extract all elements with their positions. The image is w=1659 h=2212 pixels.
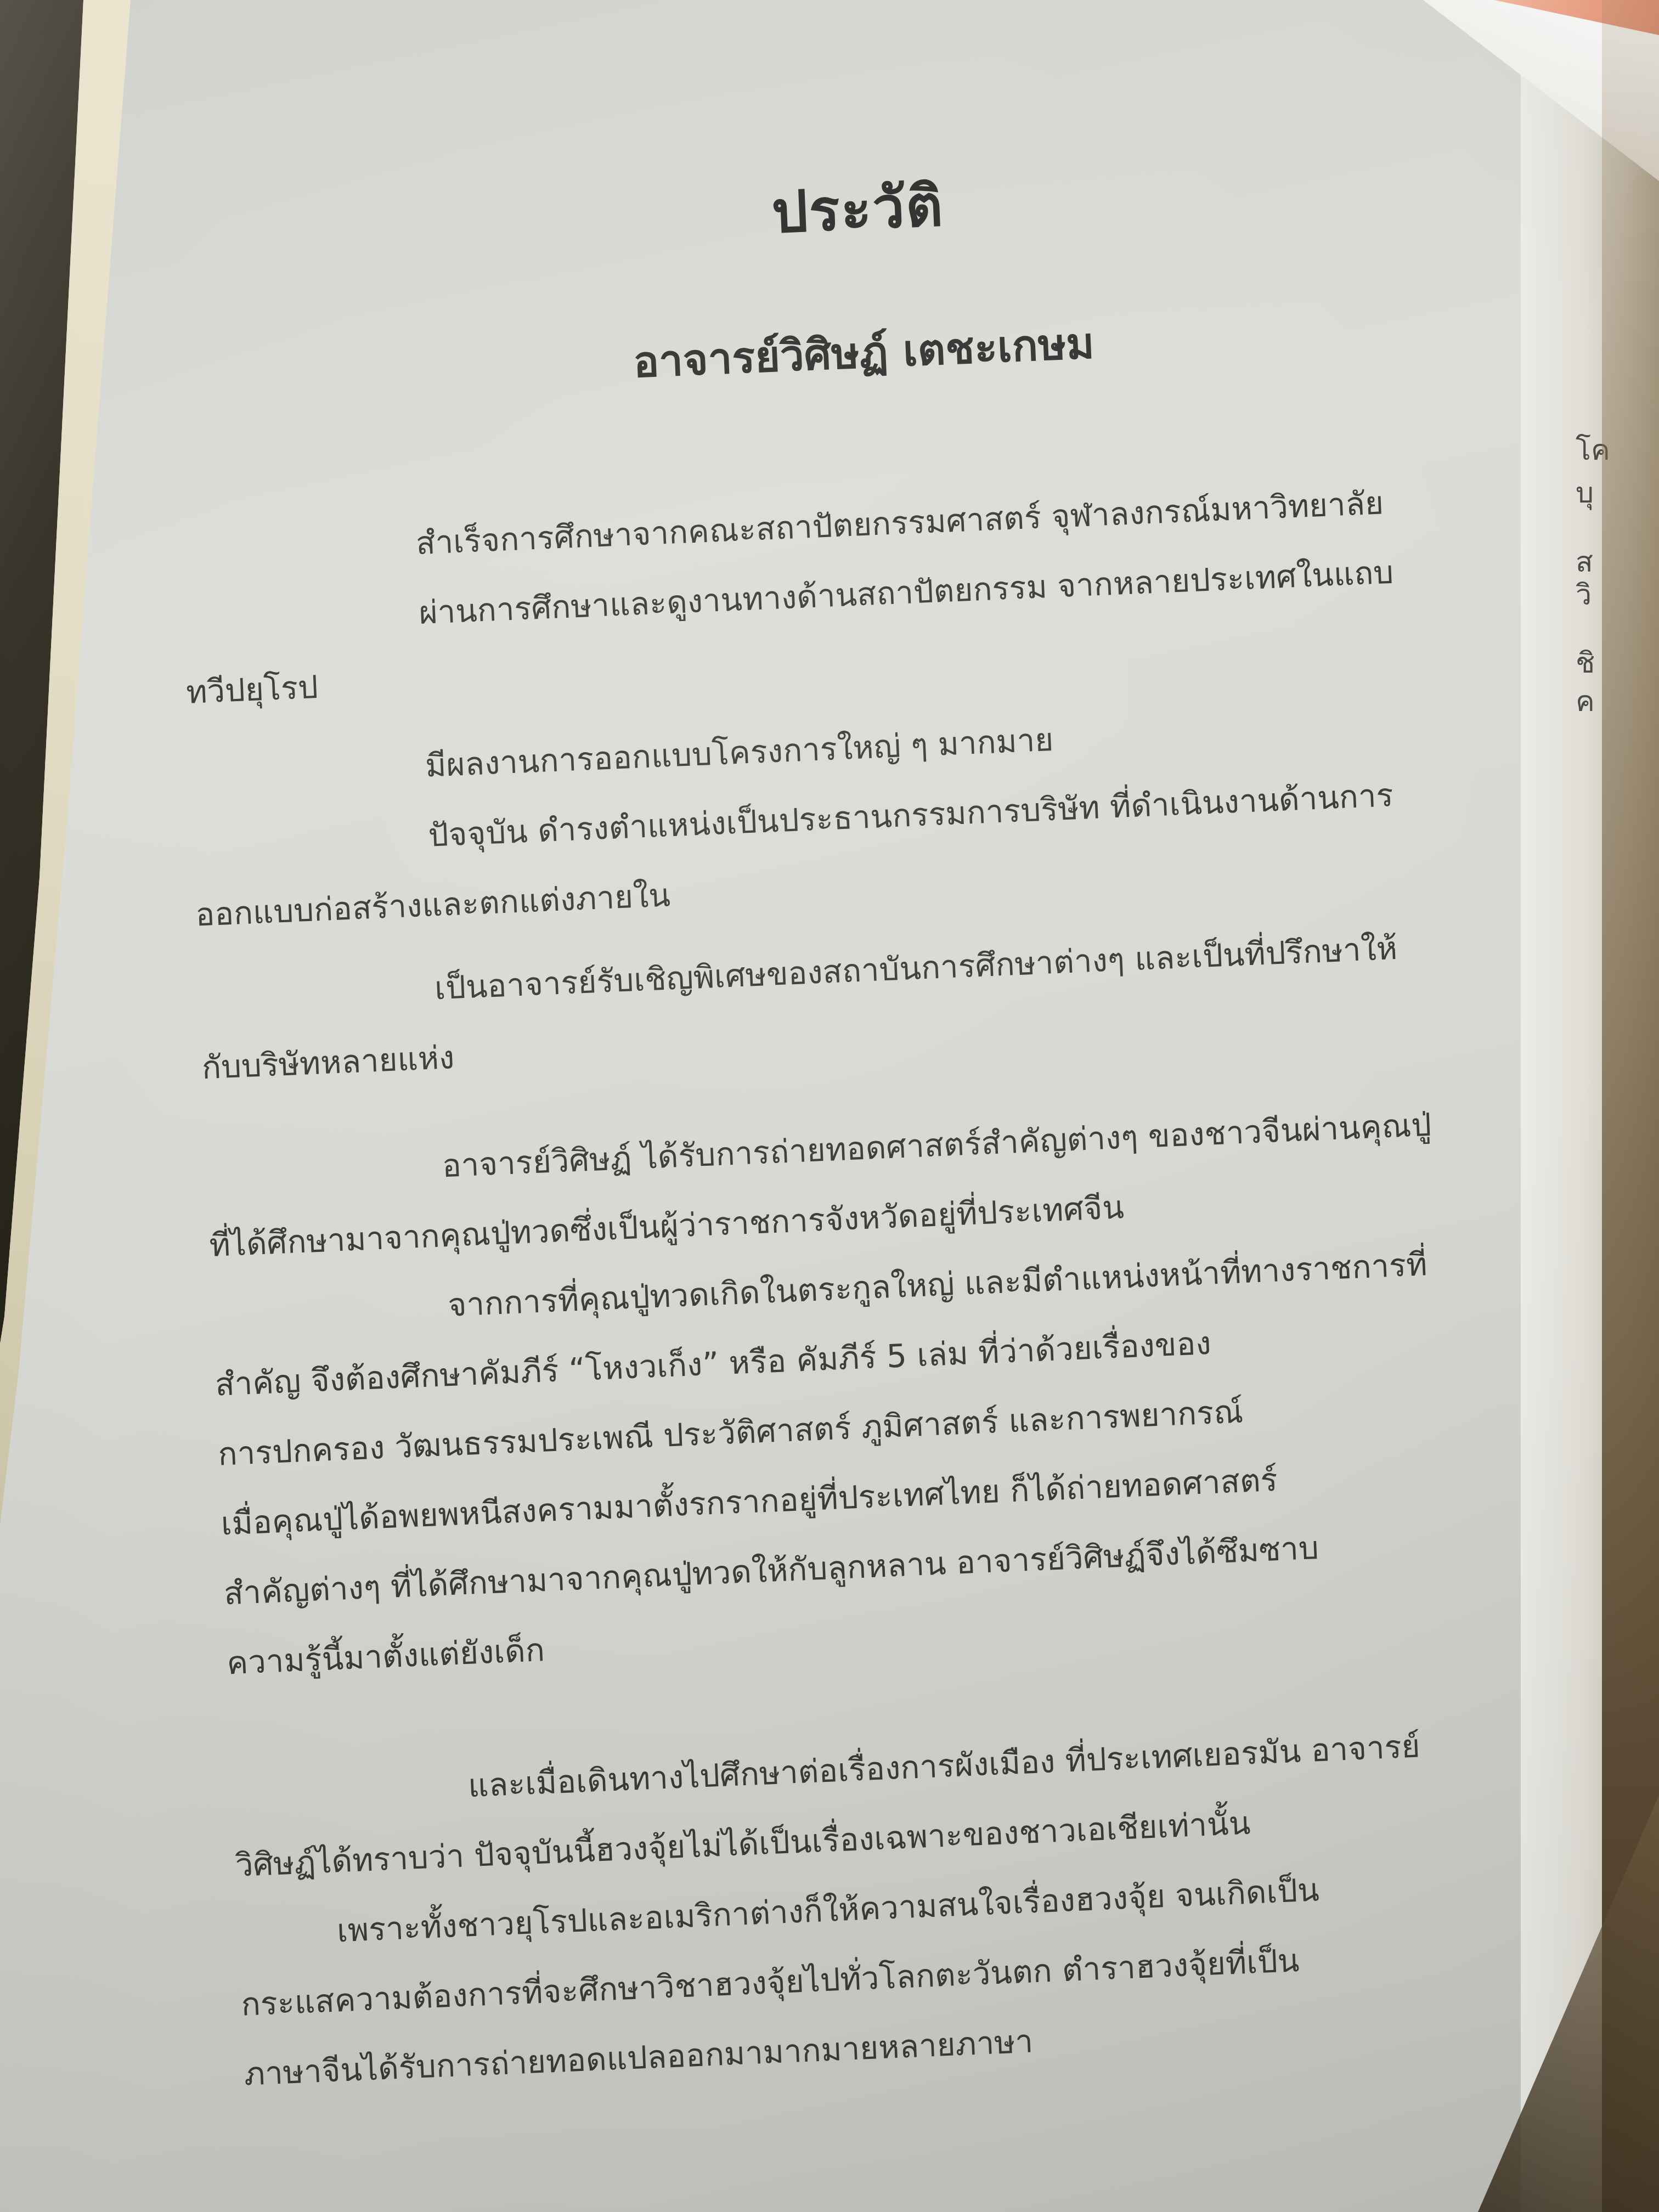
- page-title: ประวัติ: [165, 134, 1550, 283]
- facing-page-text-fragment: ค: [1576, 678, 1595, 724]
- book-page: ประวัติ อาจารย์วิศิษฏ์ เตชะเกษม สำเร็จกา…: [165, 134, 1627, 2109]
- page-subtitle: อาจารย์วิศิษฏ์ เตชะเกษม: [172, 290, 1556, 415]
- book-photo-scene: โค บุ ส วิ ชิ ค ประวัติ อาจารย์วิศิษฏ์ เ…: [0, 0, 1659, 2212]
- facing-page-text-fragment: บุ: [1576, 470, 1594, 515]
- biography-text: สำเร็จการศึกษาจากคณะสถาปัตยกรรมศาสตร์ จุ…: [179, 461, 1627, 2109]
- facing-page-text-fragment: วิ: [1576, 572, 1592, 617]
